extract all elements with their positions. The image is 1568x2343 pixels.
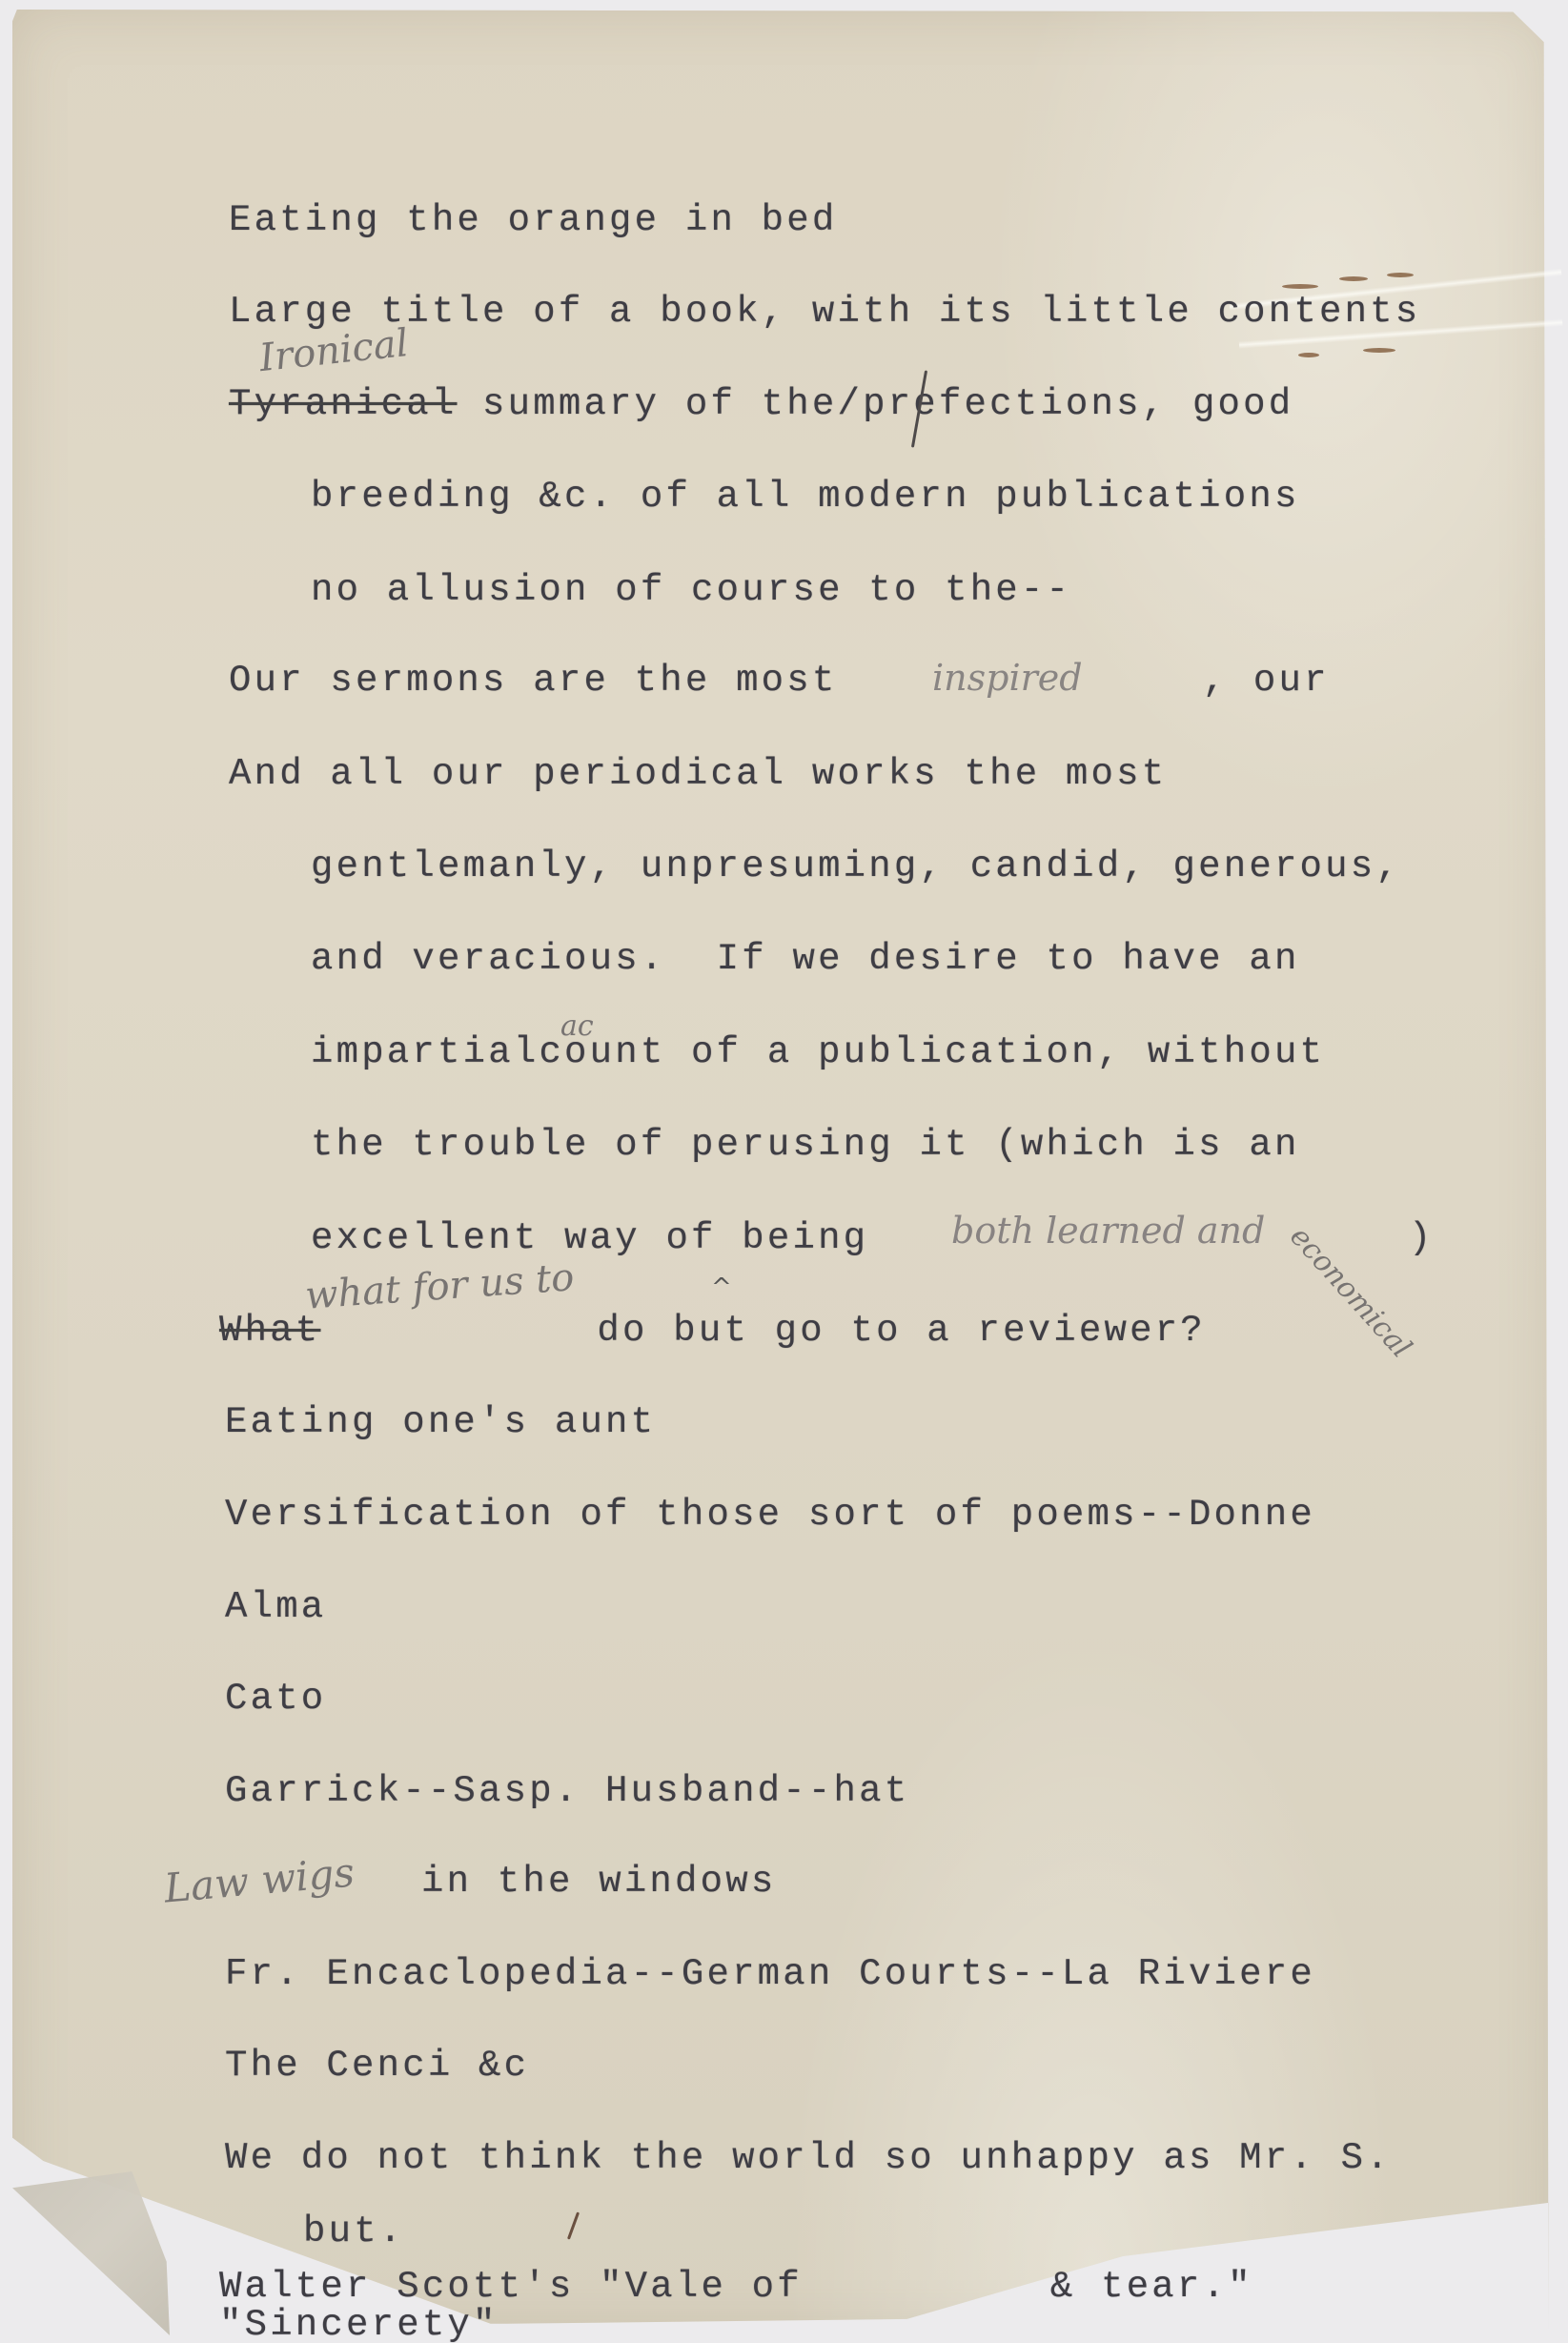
text-line-9: and veracious. If we desire to have an — [311, 941, 1300, 978]
rust-stain — [1282, 284, 1318, 289]
text-line-2: Large title of a book, with its little c… — [229, 294, 1420, 331]
text-line-11: the trouble of perusing it (which is an — [311, 1127, 1300, 1164]
text-line-1: Eating the orange in bed — [229, 202, 838, 239]
text-line-5: no allusion of course to the-- — [311, 572, 1071, 609]
text-line-7: And all our periodical works the most — [229, 756, 1167, 793]
rust-stain — [1363, 348, 1395, 353]
annotation-ac: ac — [560, 1012, 594, 1041]
text-line-6: Our sermons are the most , our — [229, 662, 1330, 700]
insertion-caret: ^ — [711, 1273, 732, 1302]
text-line-20: Fr. Encaclopedia--German Courts--La Rivi… — [225, 1956, 1315, 1993]
rust-stain — [1298, 353, 1319, 357]
text-line-14: Eating one's aunt — [225, 1404, 656, 1441]
annotation-both-learned-and: both learned and — [951, 1212, 1265, 1249]
text-line-25: "Sincerety" — [219, 2307, 499, 2343]
struck-word: Tyranical — [229, 383, 457, 425]
text-line-24: Walter Scott's "Vale of& tear." — [219, 2269, 1253, 2306]
rust-stain — [1339, 276, 1368, 281]
text-line-17: Cato — [225, 1681, 326, 1718]
rust-stain — [1387, 273, 1414, 277]
text-line-16: Alma — [225, 1589, 326, 1626]
text-line-18: Garrick--Sasp. Husband--hat — [225, 1773, 909, 1810]
annotation-inspired: inspired — [932, 660, 1083, 696]
text-line-23: but. — [303, 2213, 404, 2251]
text-line-22: We do not think the world so unhappy as … — [225, 2140, 1392, 2177]
text-line-15: Versification of those sort of poems--Do… — [225, 1497, 1315, 1534]
text-line-8: gentlemanly, unpresuming, candid, genero… — [311, 848, 1401, 886]
text-line-19: in the windows — [421, 1864, 776, 1901]
struck-word: What — [219, 1310, 320, 1352]
text-line-10: impartialcount of a publication, without — [311, 1034, 1325, 1071]
text-line-4: breeding &c. of all modern publications — [311, 479, 1300, 516]
text-line-13: Whatdo but go to a reviewer? — [219, 1313, 1206, 1350]
line-3-rest: summary of the/prefections, good — [457, 383, 1293, 425]
text-line-3: Tyranical summary of the/prefections, go… — [229, 386, 1293, 423]
document-scan: Eating the orange in bed Large title of … — [0, 0, 1568, 2343]
text-line-21: The Cenci &c — [225, 2048, 529, 2085]
text-line-12: excellent way of being ) — [311, 1220, 1435, 1257]
